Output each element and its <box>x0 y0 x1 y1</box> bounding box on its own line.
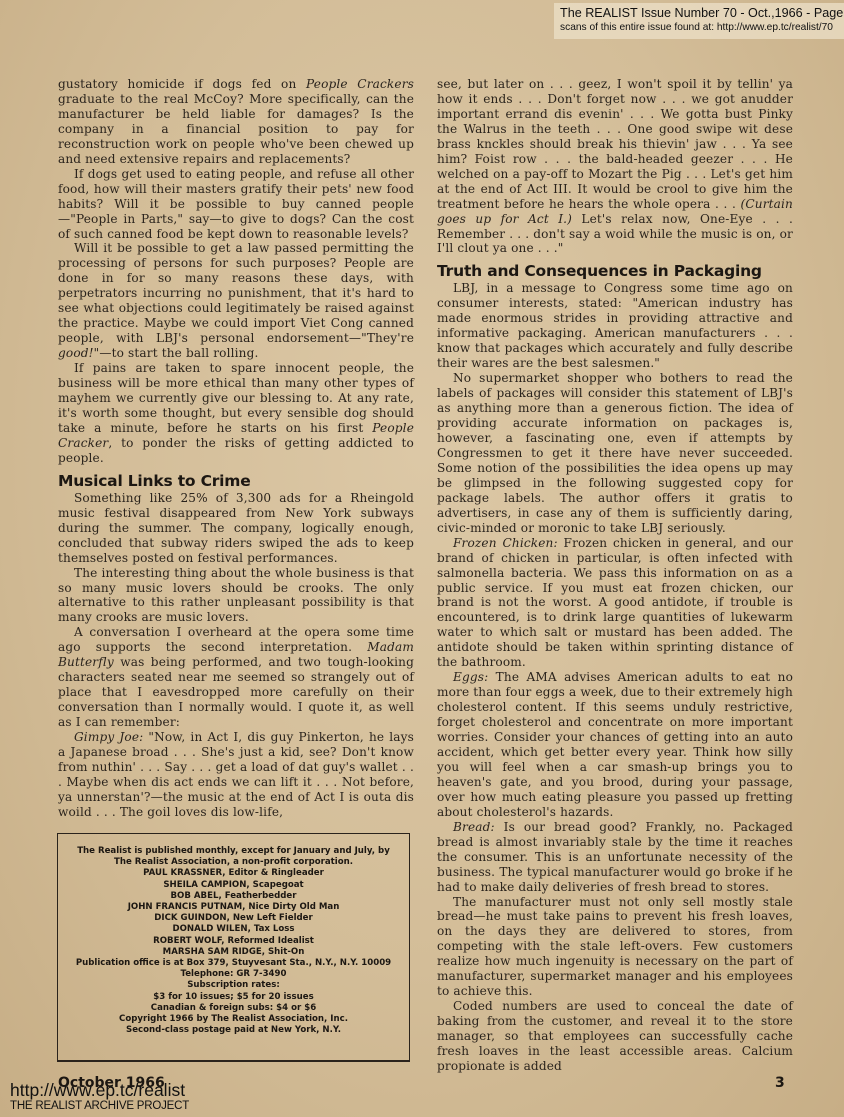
paragraph: LBJ, in a message to Congress some time … <box>437 281 793 371</box>
paragraph: Coded numbers are used to conceal the da… <box>437 999 793 1074</box>
paragraph: If dogs get used to eating people, and r… <box>58 167 414 242</box>
scan-banner-title: The REALIST Issue Number 70 - Oct.,1966 … <box>560 5 844 21</box>
archive-project-label: THE REALIST ARCHIVE PROJECT <box>10 1100 189 1113</box>
paragraph: No supermarket shopper who bothers to re… <box>437 371 793 535</box>
paragraph: see, but later on . . . geez, I won't sp… <box>437 77 793 256</box>
masthead-line: Second-class postage paid at New York, N… <box>58 1025 409 1036</box>
masthead-line: PAUL KRASSNER, Editor & Ringleader <box>58 868 409 879</box>
paragraph: Gimpy Joe: "Now, in Act I, dis guy Pinke… <box>58 730 414 820</box>
masthead-line: MARSHA SAM RIDGE, Shit-On <box>58 947 409 958</box>
masthead-line: Canadian & foreign subs: $4 or $6 <box>58 1003 409 1014</box>
paragraph: Eggs: The AMA advises American adults to… <box>437 670 793 820</box>
page-number: 3 <box>775 1075 785 1091</box>
masthead-line: SHEILA CAMPION, Scapegoat <box>58 880 409 891</box>
paragraph: If pains are taken to spare innocent peo… <box>58 361 414 466</box>
masthead-line: $3 for 10 issues; $5 for 20 issues <box>58 992 409 1003</box>
paragraph: The manufacturer must not only sell most… <box>437 895 793 1000</box>
masthead-line: BOB ABEL, Featherbedder <box>58 891 409 902</box>
scan-banner-link[interactable]: scans of this entire issue found at: htt… <box>560 21 844 34</box>
paragraph: The interesting thing about the whole bu… <box>58 566 414 626</box>
archive-url[interactable]: http://www.ep.tc/realist <box>10 1080 189 1100</box>
masthead-line: ROBERT WOLF, Reformed Idealist <box>58 936 409 947</box>
paragraph: Will it be possible to get a law passed … <box>58 241 414 361</box>
archive-watermark: http://www.ep.tc/realist THE REALIST ARC… <box>10 1080 189 1113</box>
masthead-line: The Realist is published monthly, except… <box>58 846 409 857</box>
masthead-line: DICK GUINDON, New Left Fielder <box>58 913 409 924</box>
masthead-line: The Realist Association, a non-profit co… <box>58 857 409 868</box>
section-heading: Truth and Consequences in Packaging <box>437 263 793 280</box>
masthead-line: Publication office is at Box 379, Stuyve… <box>58 958 409 969</box>
section-heading: Musical Links to Crime <box>58 473 414 490</box>
paragraph: Frozen Chicken: Frozen chicken in genera… <box>437 536 793 671</box>
masthead-line: DONALD WILEN, Tax Loss <box>58 924 409 935</box>
right-column: see, but later on . . . geez, I won't sp… <box>437 77 793 1074</box>
masthead-line: Subscription rates: <box>58 980 409 991</box>
paragraph: Something like 25% of 3,300 ads for a Rh… <box>58 491 414 566</box>
paragraph: A conversation I overheard at the opera … <box>58 625 414 730</box>
masthead-line: Copyright 1966 by The Realist Associatio… <box>58 1014 409 1025</box>
scan-banner: The REALIST Issue Number 70 - Oct.,1966 … <box>554 3 844 39</box>
masthead-box: The Realist is published monthly, except… <box>57 833 410 1062</box>
masthead-line: Telephone: GR 7-3490 <box>58 969 409 980</box>
masthead-line: JOHN FRANCIS PUTNAM, Nice Dirty Old Man <box>58 902 409 913</box>
paragraph: Bread: Is our bread good? Frankly, no. P… <box>437 820 793 895</box>
left-column: gustatory homicide if dogs fed on People… <box>58 77 414 820</box>
paragraph: gustatory homicide if dogs fed on People… <box>58 77 414 167</box>
